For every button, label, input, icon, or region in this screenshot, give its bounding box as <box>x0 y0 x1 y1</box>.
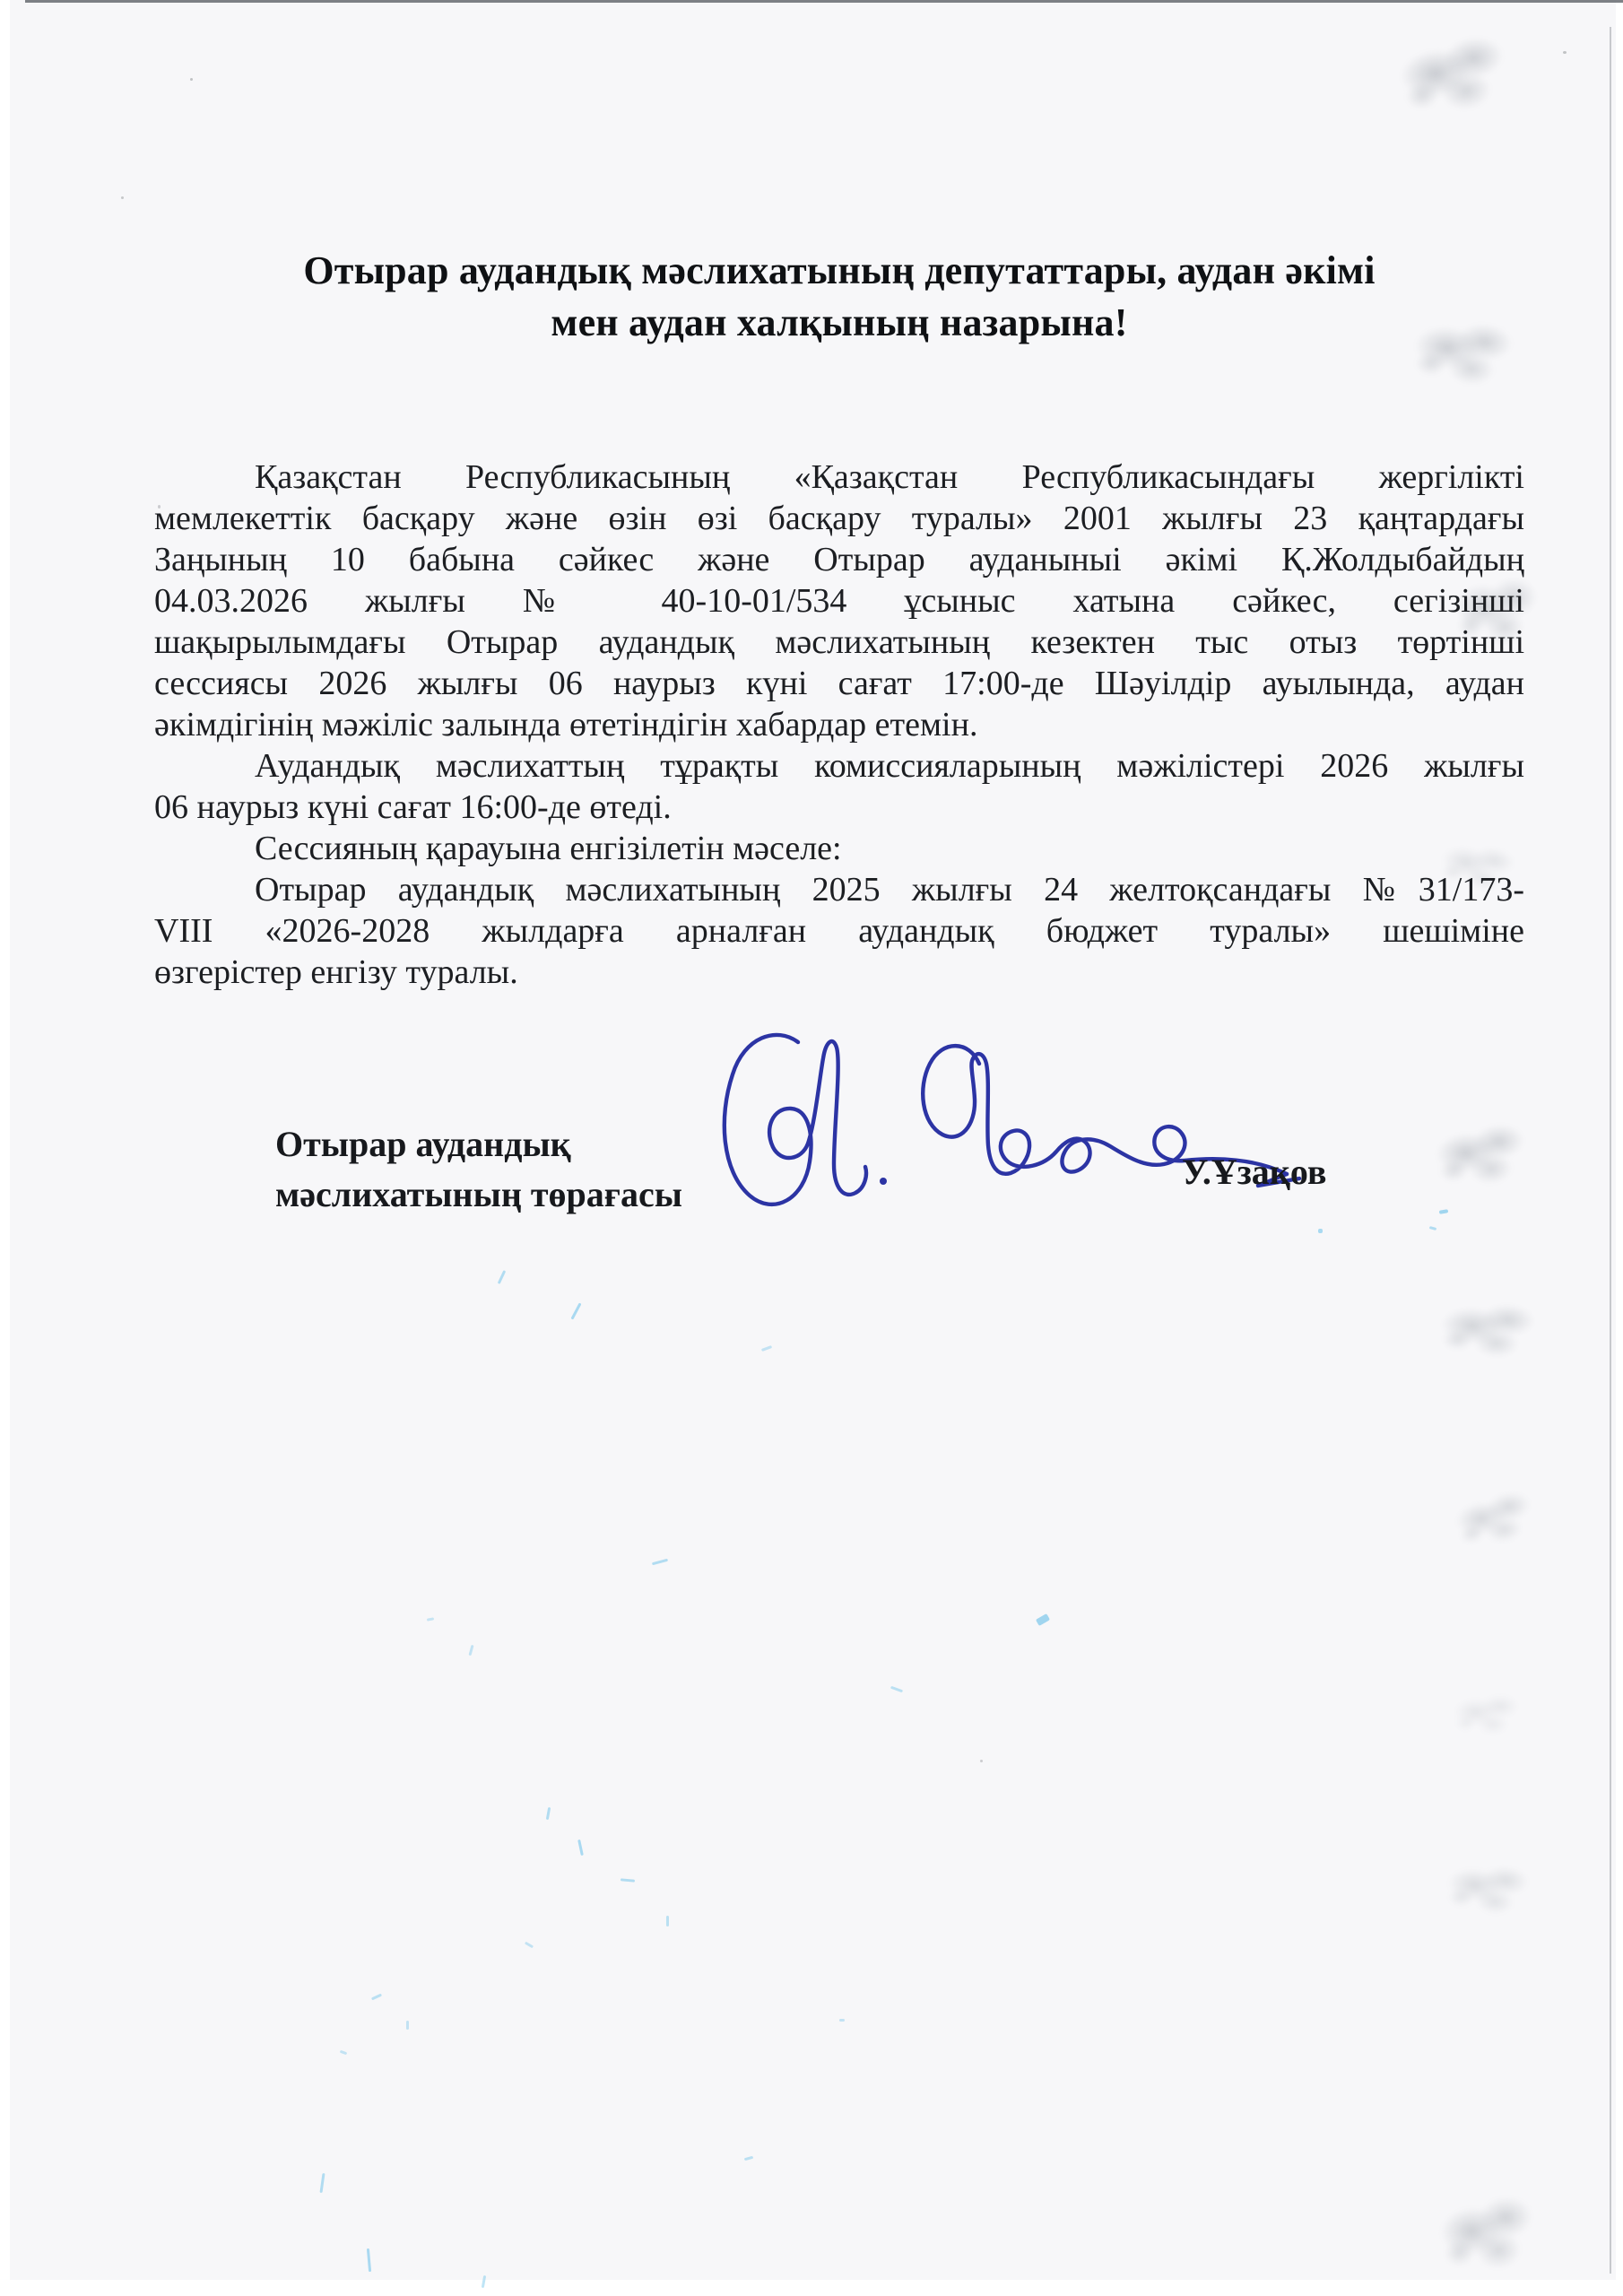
ink-speck <box>666 1916 669 1926</box>
scan-smudge <box>1436 2194 1546 2276</box>
body-line: Аудандық мәслихаттың тұрақты комиссиялар… <box>154 745 1524 787</box>
scan-edge-right <box>1616 0 1623 2296</box>
document-title-line1: Отырар аудандық мәслихатының депутаттары… <box>154 245 1524 297</box>
ink-speck <box>468 1645 473 1656</box>
body-line: әкімдігінің мәжіліс залында өтетіндігін … <box>154 704 1524 745</box>
ink-speck <box>525 1942 534 1949</box>
body-line: өзгерістер енгізу туралы. <box>154 952 1524 993</box>
paper-fleck <box>121 196 124 199</box>
scan-smudge <box>1451 1488 1543 1552</box>
scan-edge-right-line <box>1610 27 1611 2274</box>
scan-smudge <box>1394 32 1520 119</box>
paper-fleck <box>1563 51 1567 54</box>
ink-speck <box>427 1617 434 1621</box>
ink-speck <box>340 2050 348 2056</box>
ink-speck <box>546 1807 551 1820</box>
ink-speck <box>406 2021 409 2030</box>
ink-speck <box>570 1302 581 1319</box>
ink-speck <box>761 1345 772 1352</box>
ink-speck <box>319 2173 325 2193</box>
body-line: 06 наурыз күні сағат 16:00-де өтеді. <box>154 787 1524 828</box>
ink-speck <box>1318 1229 1323 1233</box>
body-line: 04.03.2026 жылғы № 40-10-01/534 ұсыныс х… <box>154 580 1524 622</box>
scan-edge-left <box>0 0 10 2296</box>
ink-speck <box>371 1994 382 2001</box>
ink-speck <box>621 1878 635 1882</box>
signer-name: У.Ұзақов <box>1182 1151 1326 1194</box>
body-line: шақырылымдағы Отырар аудандық мәслихатын… <box>154 622 1524 663</box>
body-line: мемлекеттік басқару және өзін өзі басқар… <box>154 498 1524 539</box>
ink-speck <box>839 2019 845 2022</box>
body-line: Қазақстан Республикасының «Қазақстан Рес… <box>154 457 1524 498</box>
ink-speck <box>890 1686 903 1693</box>
document-title: Отырар аудандық мәслихатының депутаттары… <box>154 245 1524 349</box>
ink-speck <box>652 1559 668 1566</box>
body-line: Отырар аудандық мәслихатының 2025 жылғы … <box>154 869 1524 910</box>
body-line: Заңының 10 бабына сәйкес және Отырар ауд… <box>154 539 1524 580</box>
scan-smudge <box>1432 1122 1535 1189</box>
document-body: Қазақстан Республикасының «Қазақстан Рес… <box>154 457 1524 993</box>
ink-speck <box>744 2156 753 2161</box>
ink-speck <box>1439 1209 1449 1214</box>
scan-smudge <box>1444 1862 1537 1919</box>
body-line: Сессияның қарауына енгізілетін мәселе: <box>154 828 1524 869</box>
paper-fleck <box>980 1760 983 1762</box>
scan-smudge <box>1453 1695 1524 1735</box>
paper-fleck <box>190 78 193 81</box>
document-title-line2: мен аудан халқының назарына! <box>154 297 1524 349</box>
scan-smudge <box>1438 1301 1544 1361</box>
ink-speck <box>1429 1226 1437 1231</box>
body-line: сессиясы 2026 жылғы 06 наурыз күні сағат… <box>154 663 1524 704</box>
ink-speck <box>498 1270 506 1284</box>
ink-speck <box>1036 1613 1050 1626</box>
body-line: VIII «2026-2028 жылдарға арналған ауданд… <box>154 910 1524 952</box>
ink-speck <box>367 2248 371 2272</box>
scan-edge-top-line <box>25 0 1623 3</box>
ink-speck <box>577 1839 584 1856</box>
scanned-document-page: Отырар аудандық мәслихатының депутаттары… <box>0 0 1623 2296</box>
scan-edge-bottom <box>0 2280 1623 2296</box>
